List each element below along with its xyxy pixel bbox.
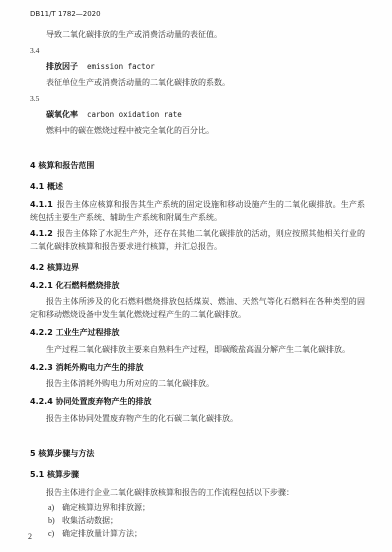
list-item-text: 收集活动数据； [62, 516, 118, 525]
section-heading: 4 核算和报告范围 [30, 159, 365, 172]
term-definition-line: 排放因子emission factor [30, 60, 365, 73]
list-item-marker: c) [48, 527, 62, 540]
term-chinese-label: 碳氧化率 [46, 110, 78, 119]
subclause-heading: 4.2.1 化石燃料燃烧排放 [30, 279, 365, 292]
paragraph: 燃料中的碳在燃烧过程中被完全氧化的百分比。 [30, 124, 365, 137]
clause-text: 报告主体除了水泥生产外，还存在其他二氧化碳排放的活动，则应按照其他相关行业的二氧… [30, 229, 365, 251]
paragraph: 生产过程二氧化碳排放主要来自熟料生产过程，即碳酸盐高温分解产生二氧化碳排放。 [30, 343, 365, 356]
clause-text: 报告主体应核算和报告其生产系统的固定设施和移动设施产生的二氧化碳排放。生产系统包… [30, 200, 365, 222]
subsection-heading: 4.1 概述 [30, 180, 365, 193]
paragraph: 报告主体进行企业二氧化碳排放核算和报告的工作流程包括以下步骤： [30, 486, 365, 499]
list-item-marker: b) [48, 514, 62, 527]
paragraph: 导致二氧化碳排放的生产或消费活动量的表征值。 [30, 28, 365, 41]
term-definition-line: 碳氧化率carbon oxidation rate [30, 108, 365, 121]
paragraph: 报告主体所涉及的化石燃料燃烧排放包括煤炭、燃油、天然气等化石燃料在各种类型的固定… [30, 295, 365, 321]
document-page: DB11/T 1782—2020 导致二氧化碳排放的生产或消费活动量的表征值。3… [0, 0, 392, 552]
subsection-heading: 5.1 核算步骤 [30, 468, 365, 481]
subclause-heading: 4.2.2 工业生产过程排放 [30, 326, 365, 339]
clause-number-label: 4.1.1 [30, 200, 53, 209]
clause-number: 3.4 [30, 44, 365, 57]
list-item: a)确定核算边界和排放源； [30, 501, 365, 514]
paragraph: 报告主体消耗外购电力所对应的二氧化碳排放。 [30, 377, 365, 390]
subclause-heading: 4.2.3 消耗外购电力产生的排放 [30, 361, 365, 374]
numbered-clause-paragraph: 4.1.1报告主体应核算和报告其生产系统的固定设施和移动设施产生的二氧化碳排放。… [30, 198, 365, 224]
term-english-label: emission factor [87, 62, 155, 71]
list-item: b)收集活动数据； [30, 514, 365, 527]
clause-number: 3.5 [30, 92, 365, 105]
list-item: c)确定排放量计算方法； [30, 527, 365, 540]
page-number: 2 [28, 530, 32, 543]
term-english-label: carbon oxidation rate [87, 110, 182, 119]
clause-number-label: 4.1.2 [30, 229, 53, 238]
section-heading: 5 核算步骤与方法 [30, 447, 365, 460]
paragraph: 报告主体协同处置废弃物产生的化石碳二氧化碳排放。 [30, 412, 365, 425]
document-header-standard-number: DB11/T 1782—2020 [30, 8, 365, 20]
document-body: 导致二氧化碳排放的生产或消费活动量的表征值。3.4排放因子emission fa… [30, 28, 365, 540]
list-item-text: 确定核算边界和排放源； [62, 503, 150, 512]
term-chinese-label: 排放因子 [46, 62, 78, 71]
paragraph: 表征单位生产或消费活动量的二氧化碳排放的系数。 [30, 76, 365, 89]
subsection-heading: 4.2 核算边界 [30, 261, 365, 274]
list-item-text: 确定排放量计算方法； [62, 529, 142, 538]
subclause-heading: 4.2.4 协同处置废弃物产生的排放 [30, 395, 365, 408]
list-item-marker: a) [48, 501, 62, 514]
numbered-clause-paragraph: 4.1.2报告主体除了水泥生产外，还存在其他二氧化碳排放的活动，则应按照其他相关… [30, 227, 365, 253]
